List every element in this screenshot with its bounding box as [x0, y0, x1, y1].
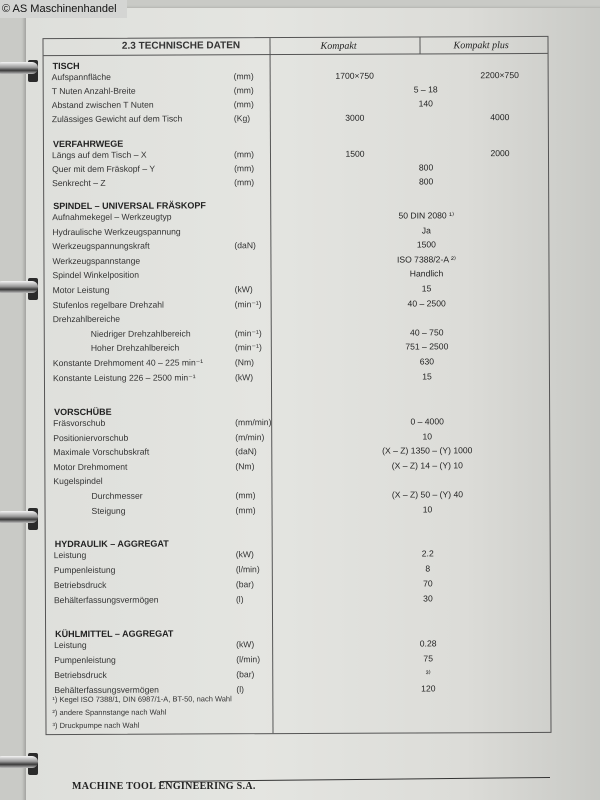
spec-label: Steigung: [92, 505, 126, 515]
spec-label: Betriebsdruck: [54, 580, 107, 590]
spec-label: Positioniervorschub: [53, 432, 128, 442]
value-kompakt-plus: 2200×750: [480, 70, 519, 80]
spec-label: Fräsvorschub: [53, 418, 105, 428]
spec-label: Drehzahlbereiche: [53, 314, 120, 324]
header-divider: [44, 53, 548, 56]
spec-unit: (l): [236, 594, 244, 604]
spec-label: Hoher Drehzahlbereich: [91, 343, 179, 353]
spec-label: Senkrecht – Z: [52, 178, 106, 188]
spec-unit: (mm): [234, 85, 254, 95]
spec-label: Quer mit dem Fräskopf – Y: [52, 164, 155, 174]
binder-ring: [0, 62, 38, 74]
spec-unit: (kW): [235, 372, 253, 382]
spec-unit: (mm): [234, 71, 254, 81]
footnote-3: ³) Druckpumpe nach Wahl: [52, 721, 139, 730]
value-shared: 140: [419, 98, 433, 108]
spec-label: Spindel Winkelposition: [52, 270, 139, 280]
spec-unit: (l/min): [236, 654, 260, 664]
spec-label: Motor Leistung: [53, 285, 110, 295]
value-shared: (X – Z) 50 – (Y) 40: [392, 489, 463, 499]
page-title: 2.3 TECHNISCHE DATEN: [93, 40, 268, 52]
binder-ring: [0, 281, 38, 293]
value-shared: ISO 7388/2-A ²⁾: [397, 254, 456, 265]
section-title-verfahrwege: VERFAHRWEGE: [53, 139, 123, 149]
spec-unit: (mm/min): [235, 417, 271, 427]
value-shared: ³⁾: [426, 668, 431, 679]
value-shared: 751 – 2500: [405, 342, 448, 352]
spec-label: Stufenlos regelbare Drehzahl: [53, 299, 164, 309]
spec-unit: (kW): [235, 284, 253, 294]
value-kompakt-plus: 2000: [490, 148, 509, 158]
spec-unit: (l/min): [236, 564, 260, 574]
value-shared: (X – Z) 1350 – (Y) 1000: [382, 445, 472, 455]
spec-unit: (bar): [236, 579, 254, 589]
spec-unit: (bar): [236, 669, 254, 679]
spec-label: Betriebsdruck: [54, 670, 107, 680]
value-shared: Handlich: [410, 269, 443, 279]
value-shared: 0.28: [420, 638, 437, 648]
value-shared: 70: [423, 578, 433, 588]
spec-label: Abstand zwischen T Nuten: [52, 100, 154, 110]
value-shared: 800: [419, 162, 433, 172]
value-shared: 8: [425, 563, 430, 573]
spec-label: Niedriger Drehzahlbereich: [91, 328, 191, 338]
spec-unit: (mm): [234, 177, 254, 187]
spec-label: Pumpenleistung: [54, 655, 116, 665]
binder-ring: [0, 756, 38, 768]
section-title-vorschuebe: VORSCHÜBE: [54, 407, 112, 417]
spec-label: Zulässiges Gewicht auf dem Tisch: [52, 113, 182, 124]
spec-unit: (mm): [234, 163, 254, 173]
value-shared: 1500: [417, 240, 436, 250]
spec-label: Leistung: [54, 550, 87, 560]
value-shared: 10: [422, 431, 432, 441]
value-shared: 30: [423, 593, 433, 603]
spec-unit: (daN): [234, 240, 256, 250]
value-kompakt: 1500: [345, 149, 364, 159]
column-header-kompakt: Kompakt: [320, 41, 356, 52]
value-shared: 630: [420, 356, 434, 366]
spec-unit: (Nm): [235, 461, 254, 471]
value-shared: 10: [423, 504, 433, 514]
spec-unit: (mm): [236, 505, 256, 515]
spec-unit: (l): [236, 684, 244, 694]
spec-label: Motor Drehmoment: [53, 462, 127, 472]
spec-unit: (kW): [236, 549, 254, 559]
value-shared: 50 DIN 2080 ¹⁾: [398, 210, 454, 221]
column-divider: [269, 38, 273, 733]
section-title-spindel: SPINDEL – UNIVERSAL FRÄSKOPF: [53, 200, 206, 211]
value-kompakt-plus: 4000: [490, 112, 509, 122]
value-kompakt: 3000: [345, 113, 364, 123]
spec-unit: (Kg): [234, 113, 250, 123]
spec-label: Werkzeugspannstange: [52, 255, 140, 265]
value-shared: 5 – 18: [414, 84, 438, 94]
spec-label: Aufnahmekegel – Werkzeugtyp: [52, 212, 171, 223]
spec-unit: (Nm): [235, 357, 254, 367]
spec-label: Maximale Vorschubskraft: [53, 447, 149, 457]
spec-label: Aufspannfläche: [52, 72, 111, 82]
spec-label: Leistung: [54, 640, 87, 650]
value-shared: 800: [419, 176, 433, 186]
spec-unit: (min⁻¹): [235, 299, 262, 310]
value-shared: 40 – 750: [410, 327, 443, 337]
spec-unit: (min⁻¹): [235, 328, 262, 339]
value-kompakt: 1700×750: [335, 71, 374, 81]
section-title-hydraulik: HYDRAULIK – AGGREGAT: [55, 539, 169, 549]
spec-table: 2.3 TECHNISCHE DATEN Kompakt Kompakt plu…: [42, 36, 551, 735]
watermark: © AS Maschinenhandel: [0, 0, 127, 18]
spec-unit: (mm): [234, 99, 254, 109]
company-name: MACHINE TOOL ENGINEERING S.A.: [72, 781, 256, 792]
spec-unit: (mm): [234, 149, 254, 159]
footnote-1: ¹) Kegel ISO 7388/1, DIN 6987/1-A, BT-50…: [52, 694, 231, 704]
spec-unit: (mm): [235, 490, 255, 500]
value-shared: 75: [423, 653, 433, 663]
spec-label: Pumpenleistung: [54, 565, 116, 575]
spec-label: Durchmesser: [91, 491, 142, 501]
spec-unit: (daN): [235, 446, 257, 456]
spec-unit: (min⁻¹): [235, 343, 262, 354]
value-shared: Ja: [422, 225, 431, 235]
value-shared: (X – Z) 14 – (Y) 10: [392, 460, 463, 470]
value-shared: 40 – 2500: [408, 298, 446, 308]
footnote-2: ²) andere Spannstange nach Wahl: [52, 708, 166, 717]
section-title-tisch: TISCH: [53, 61, 80, 71]
column-header-kompakt-plus: Kompakt plus: [453, 40, 508, 51]
spec-label: Konstante Drehmoment 40 – 225 min⁻¹: [53, 357, 203, 369]
value-shared: 15: [422, 371, 432, 381]
section-title-kuehlmittel: KÜHLMITTEL – AGGREGAT: [55, 629, 173, 640]
spec-label: Konstante Leistung 226 – 2500 min⁻¹: [53, 372, 196, 384]
spec-label: Behälterfassungsvermögen: [54, 685, 159, 695]
spec-label: Behälterfassungsvermögen: [54, 595, 159, 605]
spec-unit: (m/min): [235, 432, 264, 442]
value-shared: 0 – 4000: [410, 416, 443, 426]
spec-label: Längs auf dem Tisch – X: [52, 150, 147, 160]
spec-label: Kugelspindel: [53, 476, 102, 486]
spec-label: Werkzeugspannungskraft: [52, 241, 149, 251]
value-shared: 2.2: [422, 548, 434, 558]
spec-label: Hydraulische Werkzeugspannung: [52, 226, 180, 237]
value-shared: 120: [421, 683, 435, 693]
binder-ring: [0, 511, 38, 523]
column-divider: [419, 37, 420, 53]
spec-label: T Nuten Anzahl-Breite: [52, 86, 136, 96]
value-shared: 15: [422, 283, 432, 293]
spec-unit: (kW): [236, 639, 254, 649]
